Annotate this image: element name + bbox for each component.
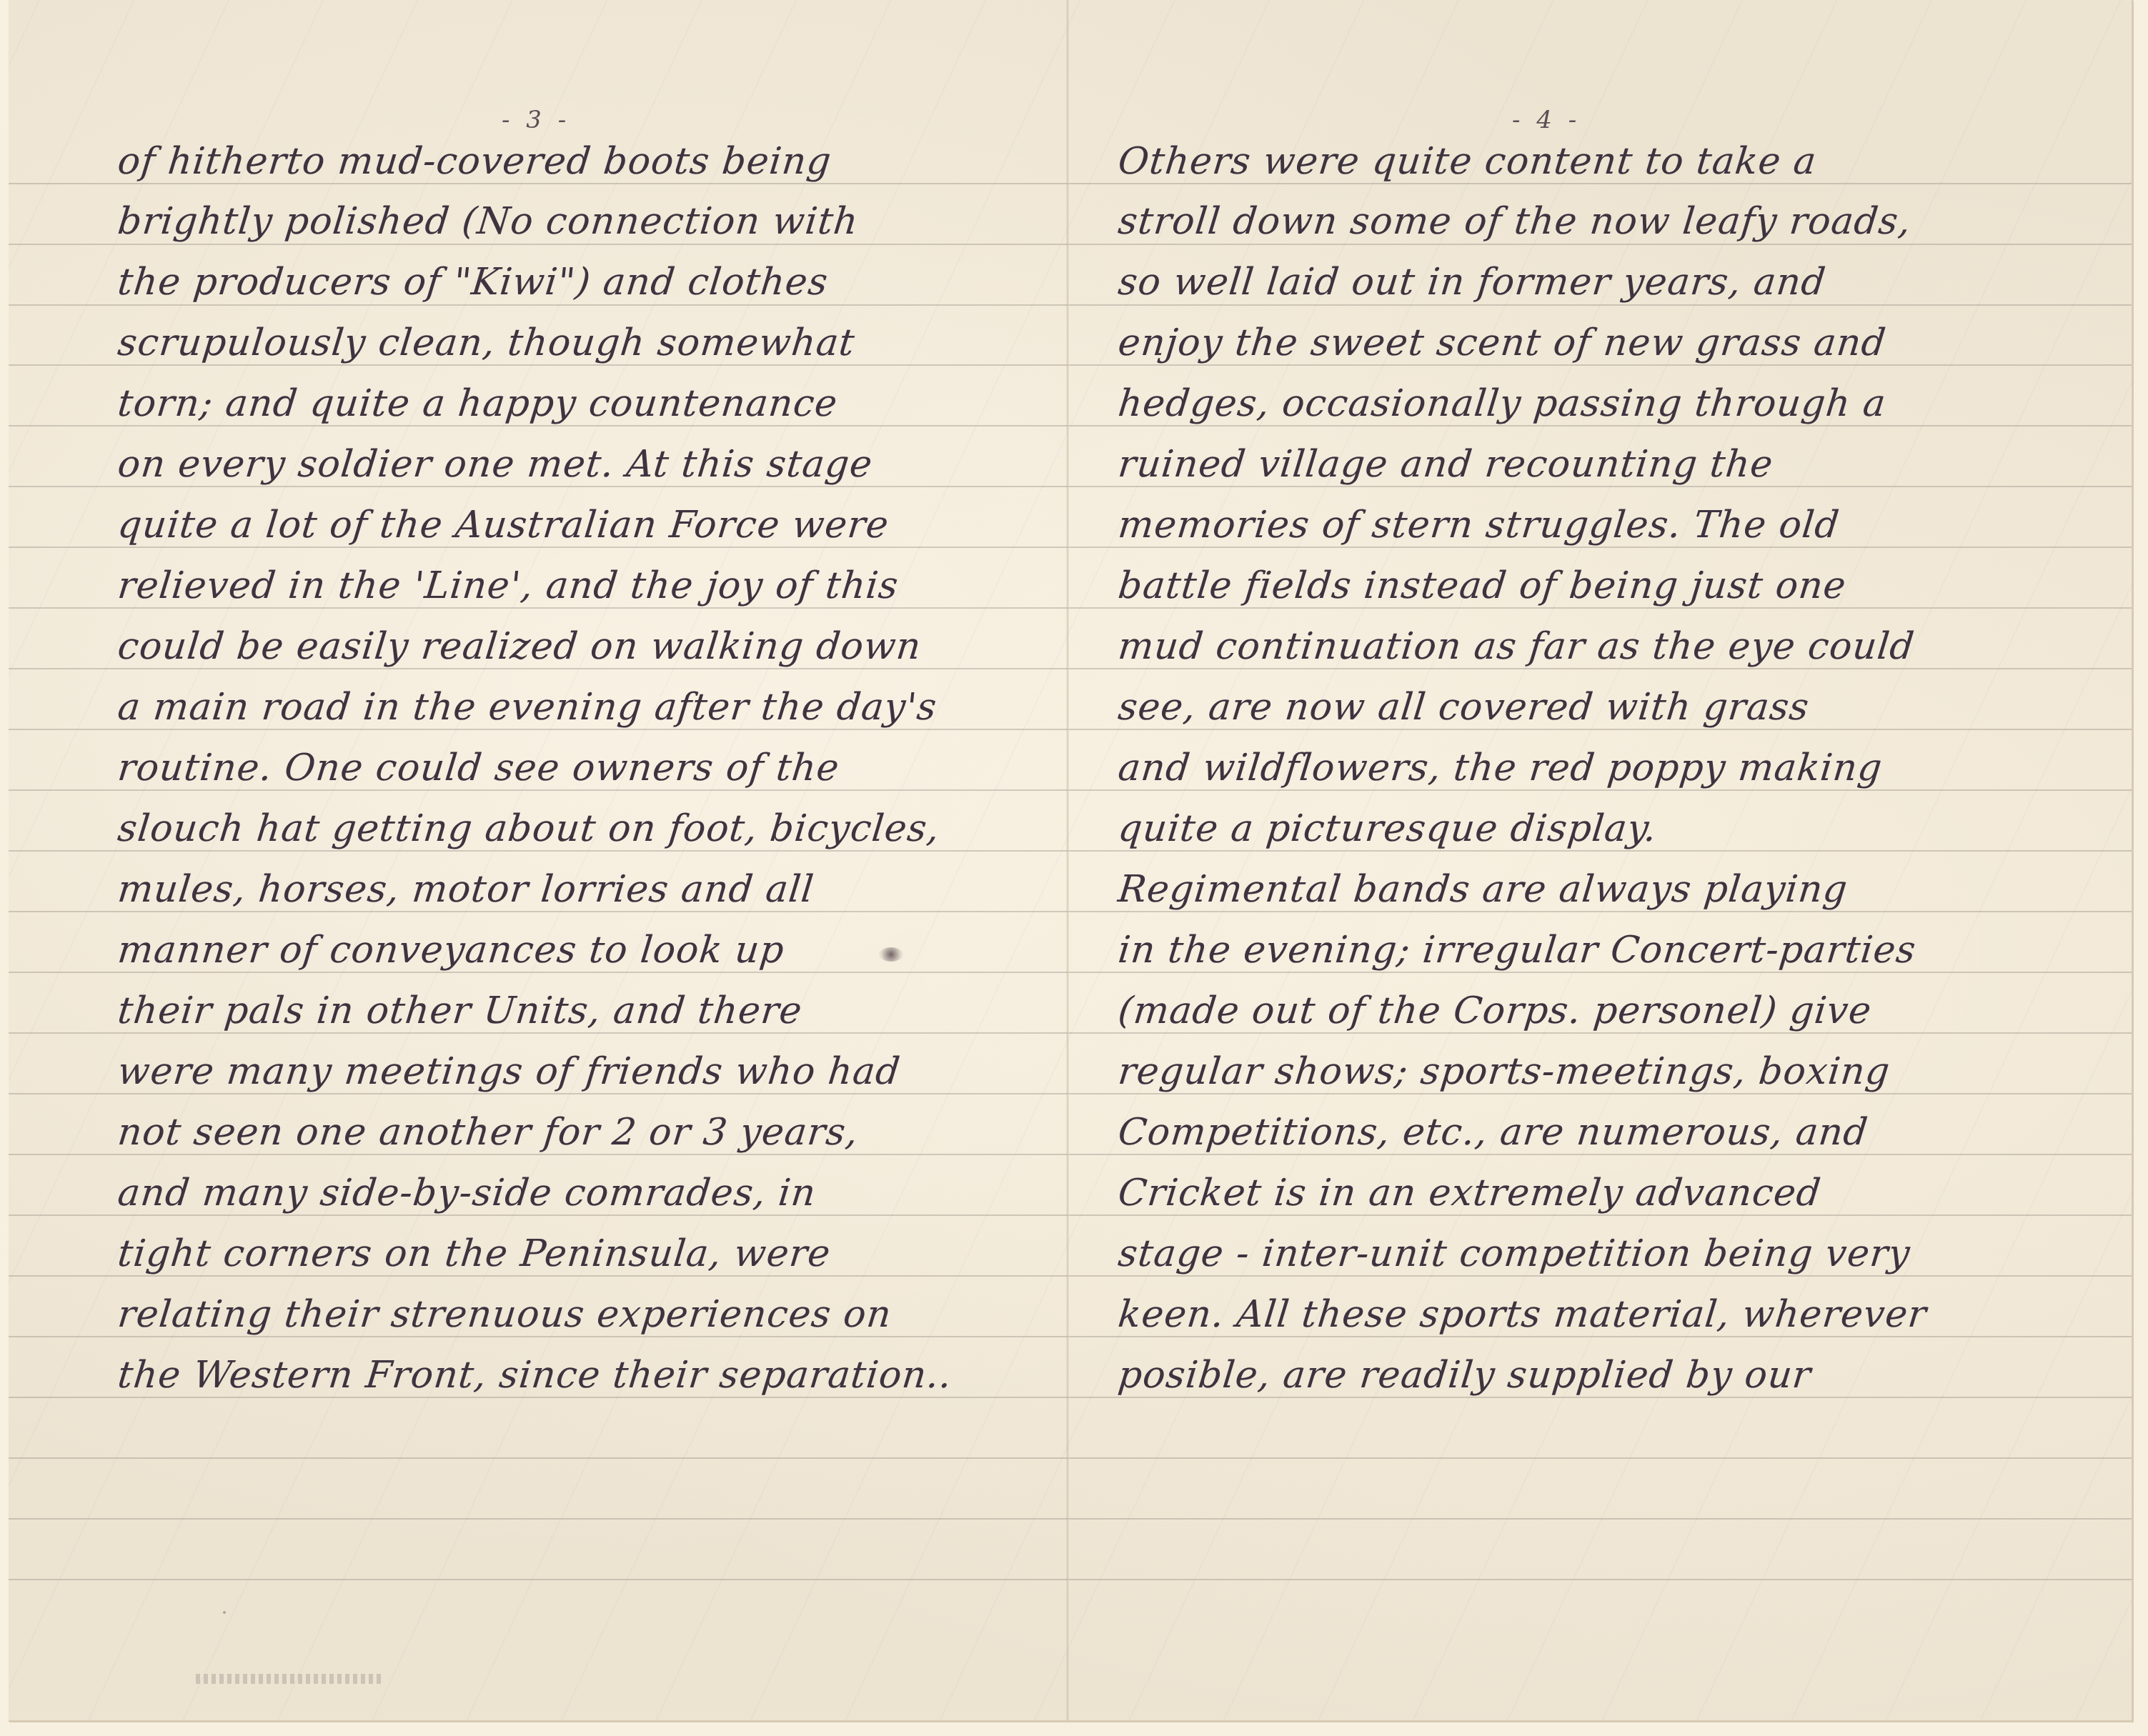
text-line: their pals in other Units, and there [116, 989, 805, 1032]
text-line: mules, horses, motor lorries and all [116, 868, 816, 911]
text-line: and many side-by-side comrades, in [116, 1172, 818, 1214]
text-line: relating their strenuous experiences on [116, 1293, 894, 1336]
text-line: enjoy the sweet scent of new grass and [1116, 321, 1888, 364]
faded-printer-mark [196, 1674, 382, 1684]
text-line: and wildflowers, the red poppy making [1116, 747, 1884, 789]
text-line: scrupulously clean, though somewhat [116, 321, 857, 364]
ink-blot [879, 947, 903, 962]
text-line: hedges, occasionally passing through a [1116, 382, 1888, 425]
text-line: Regimental bands are always playing [1116, 868, 1850, 911]
scanned-document: - 3 - of hitherto mud-covered boots bein… [0, 0, 2148, 1736]
text-line: Cricket is in an extremely advanced [1116, 1172, 1824, 1214]
text-line: could be easily realized on walking down [116, 625, 923, 668]
text-line: a main road in the evening after the day… [116, 686, 939, 729]
text-line: brightly polished (No connection with [116, 200, 860, 243]
page-4: - 4 - Others were quite content to take … [1069, 0, 2132, 1720]
text-line: ruined village and recounting the [1116, 443, 1776, 486]
letter-sheet: - 3 - of hitherto mud-covered boots bein… [9, 0, 2133, 1722]
text-line: regular shows; sports-meetings, boxing [1116, 1050, 1892, 1093]
text-line: so well laid out in former years, and [1116, 261, 1828, 304]
text-line: the Western Front, since their separatio… [116, 1354, 954, 1397]
page-number: - 4 - [1512, 106, 1581, 134]
text-line: posible, are readily supplied by our [1116, 1354, 1814, 1397]
text-line: Competitions, etc., are numerous, and [1116, 1111, 1870, 1154]
text-line: slouch hat getting about on foot, bicycl… [116, 807, 942, 850]
text-line: stroll down some of the now leafy roads, [1116, 200, 1913, 243]
text-line: manner of conveyances to look up [116, 929, 787, 972]
text-line: keen. All these sports material, whereve… [1116, 1293, 1929, 1336]
text-line: on every soldier one met. At this stage [116, 443, 875, 486]
text-line: tight corners on the Peninsula, were [116, 1232, 832, 1275]
text-line: quite a picturesque display. [1116, 807, 1659, 850]
text-line: the producers of "Kiwi") and clothes [116, 261, 830, 304]
text-line: (made out of the Corps. personel) give [1116, 989, 1874, 1032]
page-3: - 3 - of hitherto mud-covered boots bein… [9, 0, 1066, 1720]
text-line: see, are now all covered with grass [1116, 686, 1811, 729]
text-line: torn; and quite a happy countenance [116, 382, 840, 425]
text-line: relieved in the 'Line', and the joy of t… [116, 564, 900, 607]
text-line: stage - inter-unit competition being ver… [1116, 1232, 1912, 1275]
text-line: Others were quite content to take a [1116, 140, 1819, 183]
text-line: battle fields instead of being just one [1116, 564, 1849, 607]
text-line: not seen one another for 2 or 3 years, [116, 1111, 860, 1154]
text-line: were many meetings of friends who had [116, 1050, 903, 1093]
text-line: in the evening; irregular Concert-partie… [1116, 929, 1918, 972]
text-line: of hitherto mud-covered boots being [116, 140, 833, 183]
text-line: routine. One could see owners of the [116, 747, 842, 789]
page-number: - 3 - [502, 106, 570, 134]
text-line: quite a lot of the Australian Force were [116, 504, 891, 547]
text-line: mud continuation as far as the eye could [1116, 625, 1916, 668]
text-line: memories of stern struggles. The old [1116, 504, 1841, 547]
paper-speck [223, 1611, 226, 1614]
